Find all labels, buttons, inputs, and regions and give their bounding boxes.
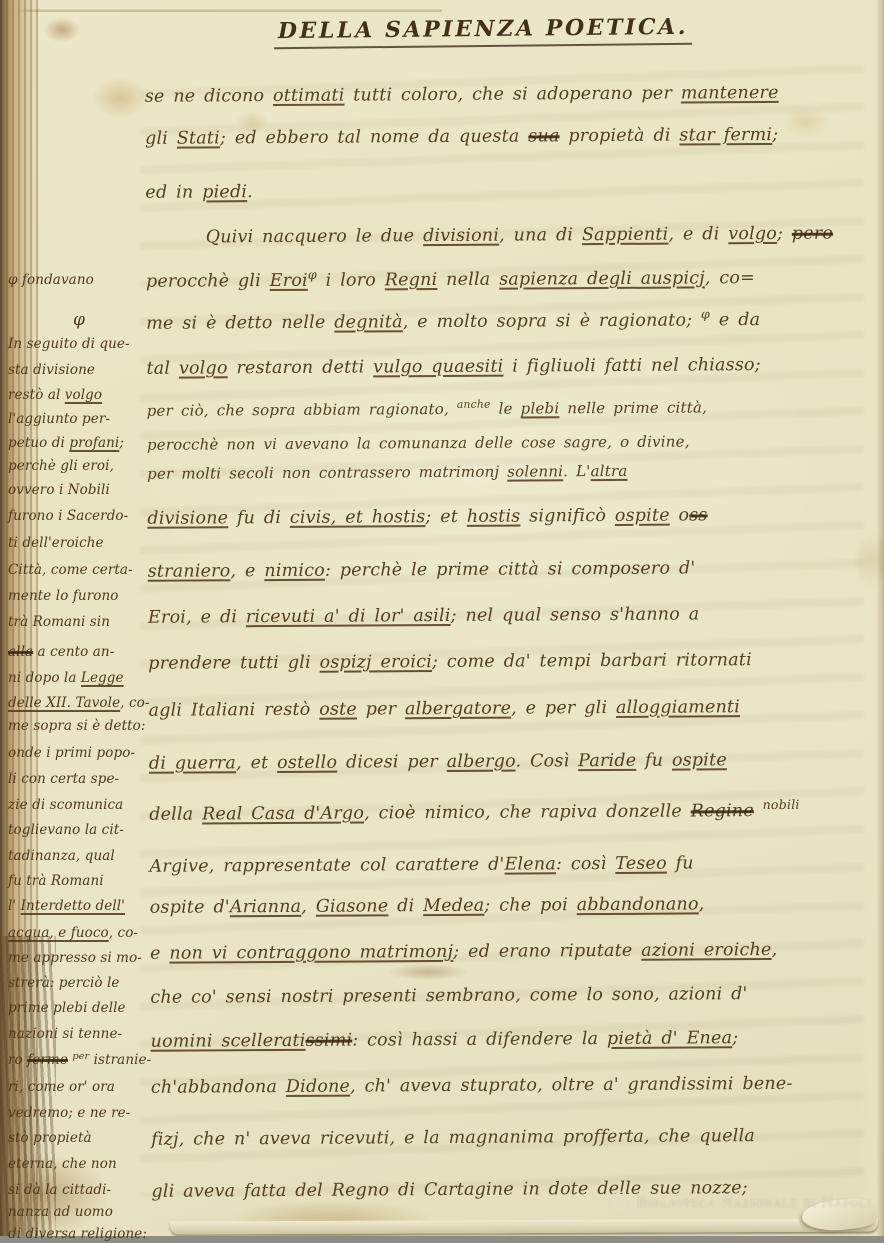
manuscript-text-segment: ; <box>732 1028 738 1048</box>
manuscript-text-segment: divisioni <box>423 226 499 246</box>
manuscript-text-segment: Teseo <box>615 854 667 874</box>
manuscript-text-segment: degnità <box>334 312 403 332</box>
manuscript-line: agli Italiani restò oste per albergatore… <box>149 697 741 721</box>
manuscript-text-segment: , co= <box>705 268 755 288</box>
manuscript-line: ch'abbandona Didone, ch' aveva stuprato,… <box>151 1074 793 1098</box>
manuscript-text-segment: di <box>388 896 423 916</box>
manuscript-text-segment: che co' sensi nostri presenti sembrano, … <box>150 984 747 1008</box>
manuscript-text-segment: , ch' aveva stuprato, oltre a' grandissi… <box>350 1074 793 1097</box>
manuscript-text-segment: Sappienti <box>582 225 669 246</box>
manuscript-text-segment: , una di <box>499 225 582 246</box>
manuscript-text-segment: nelle prime città, <box>559 398 707 417</box>
manuscript-text-segment: ottimati <box>273 86 345 106</box>
main-text: se ne dicono ottimati tutti coloro, che … <box>0 0 884 1239</box>
manuscript-text-segment: abbandonano <box>577 894 699 915</box>
manuscript-text-segment: Medea <box>423 896 484 916</box>
manuscript-text-segment: oste <box>319 700 357 720</box>
manuscript-line: fizj, che n' aveva ricevuti, e la magnan… <box>151 1126 755 1150</box>
manuscript-text-segment: volgo <box>728 224 777 244</box>
manuscript-text-segment: , e di <box>668 224 728 244</box>
manuscript-text-segment: sua <box>528 126 559 146</box>
manuscript-photo: { "document": { "title": "DELLA SAPIENZA… <box>0 0 884 1243</box>
manuscript-line: Argive, rappresentate col carattere d'El… <box>149 853 693 876</box>
manuscript-text-segment: pero <box>792 224 833 244</box>
manuscript-text-segment: agli Italiani restò <box>149 700 320 721</box>
manuscript-text-segment: star fermi <box>679 125 772 146</box>
manuscript-text-segment: ostello <box>277 753 337 773</box>
manuscript-text-segment: fu di <box>228 508 290 528</box>
manuscript-text-segment: . <box>247 182 253 202</box>
manuscript-text-segment: nobili <box>763 797 800 812</box>
manuscript-text-segment: Eroi <box>270 271 308 291</box>
manuscript-text-segment: solenni <box>507 462 563 480</box>
manuscript-text-segment: prendere tutti gli <box>148 653 319 674</box>
manuscript-line: straniero, e nimico: perchè le prime cit… <box>148 558 696 581</box>
manuscript-text-segment: ss <box>689 505 707 525</box>
manuscript-line: uomini scelleratissimi: così hassi a dif… <box>151 1028 739 1052</box>
manuscript-text-segment: fizj, che n' aveva ricevuti, e la magnan… <box>151 1126 755 1150</box>
manuscript-text-segment: albergo <box>447 752 516 772</box>
manuscript-text-segment: ssimi <box>305 1031 352 1051</box>
manuscript-text-segment: ; <box>772 125 778 145</box>
library-watermark: BNN Biblioteca Nazionale di Napoli <box>606 1190 872 1216</box>
manuscript-text-segment: , e per gli <box>511 698 616 719</box>
manuscript-text-segment: Giasone <box>316 896 389 916</box>
manuscript-text-segment: , et <box>236 753 277 773</box>
manuscript-page: DELLA SAPIENZA POETICA. φ fondavanoφIn s… <box>0 0 884 1236</box>
manuscript-line: della Real Casa d'Argo, cioè nimico, che… <box>149 801 800 825</box>
manuscript-text-segment: Argive, rappresentate col carattere d' <box>149 855 504 877</box>
manuscript-text-segment: ; et <box>425 507 467 527</box>
manuscript-text-segment: Quivi nacquero le due <box>206 226 423 247</box>
manuscript-text-segment: nella <box>437 270 499 290</box>
manuscript-text-segment: divisione <box>147 508 228 528</box>
manuscript-text-segment: φ <box>701 306 710 321</box>
manuscript-text-segment: : così hassi a difendere la <box>352 1029 607 1051</box>
manuscript-line: per molti secoli non contrassero matrimo… <box>147 462 627 483</box>
manuscript-text-segment: della <box>149 804 202 824</box>
manuscript-line: e non vi contraggono matrimonj; ed erano… <box>150 940 777 964</box>
manuscript-text-segment: , cioè nimico, che rapiva donzelle <box>364 801 691 823</box>
manuscript-line: tal volgo restaron detti vulgo quaesiti … <box>146 355 760 379</box>
manuscript-text-segment: di guerra <box>149 753 236 774</box>
manuscript-text-segment: . L' <box>563 462 591 480</box>
manuscript-text-segment: ; come da' tempi barbari ritornati <box>432 650 752 672</box>
manuscript-text-segment: straniero <box>148 561 231 582</box>
manuscript-text-segment: ch'abbandona <box>151 1077 286 1098</box>
manuscript-text-segment: e da <box>710 310 760 330</box>
manuscript-line: perocchè non vi avevano la comunanza del… <box>147 432 690 453</box>
manuscript-text-segment: dicesi per <box>337 752 447 773</box>
manuscript-text-segment: plebi <box>521 399 560 417</box>
manuscript-text-segment: vulgo quaesiti <box>373 357 503 378</box>
manuscript-line: di guerra, et ostello dicesi per albergo… <box>149 750 727 774</box>
manuscript-text-segment: piedi <box>202 182 247 202</box>
manuscript-text-segment: perocchè non vi avevano la comunanza del… <box>147 432 690 453</box>
manuscript-text-segment: altra <box>591 462 628 480</box>
manuscript-text-segment: , e molto sopra si è ragionato; <box>403 310 701 332</box>
manuscript-text-segment: ; <box>777 224 792 244</box>
manuscript-line: ed in piedi. <box>145 182 253 203</box>
manuscript-text-segment: , <box>771 940 777 960</box>
manuscript-text-segment: Paride <box>578 751 636 771</box>
manuscript-text-segment: volgo <box>179 358 228 378</box>
manuscript-text-segment: : perchè le prime città si composero d' <box>325 558 696 580</box>
manuscript-text-segment: tal <box>146 359 179 379</box>
manuscript-text-segment: uomini scellerati <box>151 1031 306 1052</box>
manuscript-line: perocchè gli Eroiφ i loro Regni nella sa… <box>146 268 755 292</box>
manuscript-text-segment: ; ed erano riputate <box>453 941 641 962</box>
manuscript-line: che co' sensi nostri presenti sembrano, … <box>150 984 747 1008</box>
manuscript-text-segment: ; ed ebbero tal nome da questa <box>220 126 528 148</box>
manuscript-text-segment: , e <box>230 561 264 581</box>
manuscript-text-segment: se ne dicono <box>145 86 273 107</box>
manuscript-line: Quivi nacquero le due divisioni, una di … <box>206 224 834 248</box>
manuscript-text-segment: o <box>670 505 690 525</box>
manuscript-text-segment: Arianna <box>230 897 302 917</box>
manuscript-line: gli Stati; ed ebbero tal nome da questa … <box>145 125 778 149</box>
manuscript-text-segment: , <box>699 894 705 914</box>
manuscript-text-segment: Didone <box>286 1077 350 1097</box>
manuscript-text-segment: perocchè gli <box>146 271 270 292</box>
manuscript-text-segment: gli <box>145 129 177 149</box>
manuscript-text-segment: azioni eroiche <box>641 940 771 961</box>
manuscript-text-segment: non vi contraggono matrimonj <box>169 942 453 964</box>
manuscript-line: ospite d'Arianna, Giasone di Medea; che … <box>150 894 705 917</box>
manuscript-text-segment: ospite d' <box>150 897 230 917</box>
manuscript-line: prendere tutti gli ospizj eroici; come d… <box>148 650 752 674</box>
manuscript-line: per ciò, che sopra abbiam ragionato, anc… <box>147 398 707 419</box>
manuscript-text-segment: ricevuti a' di lor' asili <box>246 606 451 627</box>
bnn-logo-icon: BNN <box>606 1190 632 1216</box>
manuscript-line: se ne dicono ottimati tutti coloro, che … <box>145 83 779 107</box>
manuscript-text-segment: fu <box>667 853 694 873</box>
manuscript-text-segment: Regni <box>385 270 438 290</box>
manuscript-text-segment: hostis <box>467 507 521 527</box>
manuscript-text-segment: ospite <box>615 506 670 526</box>
manuscript-text-segment: sapienza degli auspicj <box>499 268 705 289</box>
manuscript-text-segment: restaron detti <box>228 357 374 378</box>
manuscript-text-segment: : così <box>556 854 615 874</box>
manuscript-text-segment: mantenere <box>681 83 779 104</box>
svg-text:BNN: BNN <box>609 1199 629 1209</box>
manuscript-text-segment: Stati <box>177 128 220 148</box>
manuscript-line: Eroi, e di ricevuti a' di lor' asili; ne… <box>148 604 700 627</box>
manuscript-text-segment: . Così <box>515 751 578 771</box>
manuscript-text-segment: per <box>357 699 405 719</box>
manuscript-text-segment: per molti secoli non contrassero matrimo… <box>147 463 507 483</box>
manuscript-text-segment: i figliuoli fatti nel chiasso; <box>503 355 760 377</box>
library-watermark-label: Biblioteca Nazionale di Napoli <box>637 1194 872 1212</box>
manuscript-text-segment: fu <box>636 751 672 771</box>
manuscript-text-segment: e <box>150 944 169 964</box>
manuscript-text-segment: , <box>301 897 316 917</box>
manuscript-text-segment: ed in <box>145 182 202 202</box>
manuscript-text-segment: ; nel qual senso s'hanno a <box>451 604 700 626</box>
manuscript-text-segment: i loro <box>317 270 385 290</box>
manuscript-text-segment: alloggiamenti <box>616 697 740 718</box>
manuscript-text-segment: civis, et hostis <box>290 507 426 528</box>
manuscript-text-segment: ospite <box>672 750 727 770</box>
manuscript-text-segment: per ciò, che sopra abbiam ragionato, <box>147 400 457 420</box>
manuscript-text-segment: Regine <box>691 801 754 821</box>
manuscript-text-segment: Real Casa d'Argo <box>202 803 364 824</box>
manuscript-text-segment: propietà di <box>560 126 680 147</box>
manuscript-text-segment: Elena <box>504 854 556 874</box>
manuscript-text-segment: ; che poi <box>484 895 576 916</box>
manuscript-text-segment: Eroi, e di <box>148 607 246 628</box>
manuscript-text-segment: me si è detto nelle <box>146 313 334 334</box>
manuscript-text-segment: albergatore <box>405 699 511 720</box>
manuscript-text-segment: le <box>491 400 521 418</box>
manuscript-text-segment: anche <box>457 398 491 411</box>
manuscript-line: me si è detto nelle degnità, e molto sop… <box>146 310 760 334</box>
manuscript-text-segment: ospizj eroici <box>320 652 433 673</box>
manuscript-text-segment: pietà d' Enea <box>607 1028 732 1049</box>
manuscript-text-segment: φ <box>308 267 317 282</box>
manuscript-text-segment: significò <box>520 506 615 527</box>
manuscript-line: divisione fu di civis, et hostis; et hos… <box>147 505 707 528</box>
manuscript-text-segment: tutti coloro, che si adoperano per <box>344 84 680 106</box>
manuscript-text-segment: nimico <box>264 561 325 581</box>
